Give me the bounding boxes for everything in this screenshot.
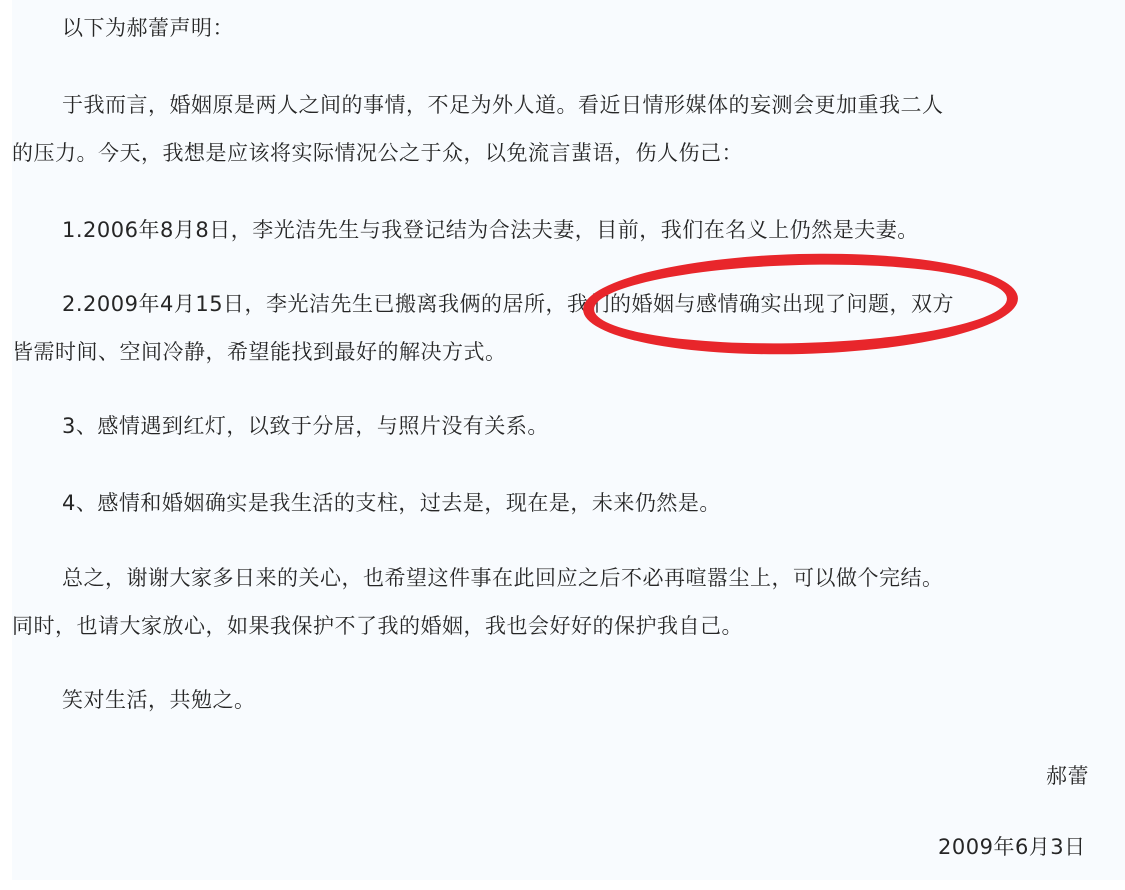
paragraph-item-3: 3、感情遇到红灯，以致于分居，与照片没有关系。 <box>62 412 549 440</box>
paragraph-item-2-line-2: 皆需时间、空间冷静，希望能找到最好的解决方式。 <box>12 338 507 366</box>
paragraph-item-4: 4、感情和婚姻确实是我生活的支柱，过去是，现在是，未来仍然是。 <box>62 489 721 517</box>
statement-document <box>12 0 1125 880</box>
paragraph-conclusion-line-2: 同时，也请大家放心，如果我保护不了我的婚姻，我也会好好的保护我自己。 <box>12 612 743 640</box>
paragraph-1-line-2: 的压力。今天，我想是应该将实际情况公之于众，以免流言蜚语，伤人伤己： <box>12 139 743 167</box>
paragraph-closing: 笑对生活，共勉之。 <box>62 686 256 714</box>
paragraph-conclusion-line-1: 总之，谢谢大家多日来的关心，也希望这件事在此回应之后不必再喧嚣尘上，可以做个完结… <box>62 564 944 592</box>
paragraph-item-2-line-1: 2.2009年4月15日，李光洁先生已搬离我俩的居所，我们的婚姻与感情确实出现了… <box>62 290 954 318</box>
statement-date: 2009年6月3日 <box>938 833 1086 861</box>
signature: 郝蕾 <box>1046 762 1089 790</box>
paragraph-item-1: 1.2006年8月8日，李光洁先生与我登记结为合法夫妻，目前，我们在名义上仍然是… <box>62 216 919 244</box>
statement-title: 以下为郝蕾声明： <box>62 14 234 42</box>
paragraph-1-line-1: 于我而言，婚姻原是两人之间的事情，不足为外人道。看近日情形媒体的妄测会更加重我二… <box>62 91 944 119</box>
